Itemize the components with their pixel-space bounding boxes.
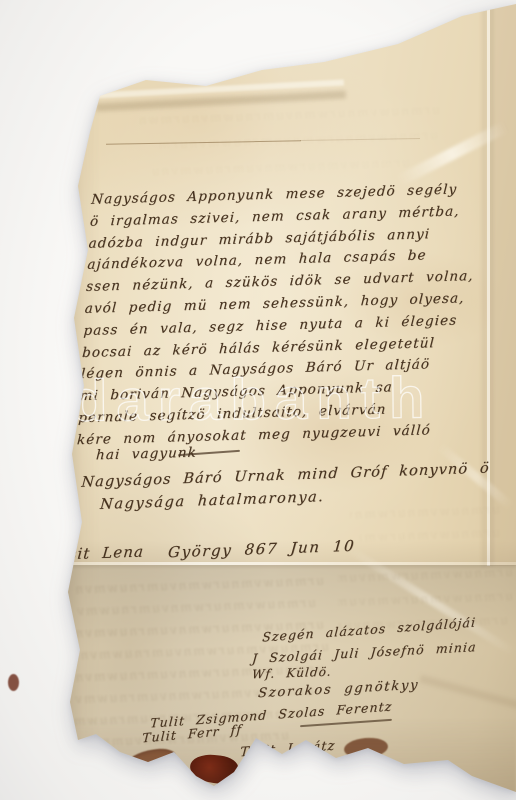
date-line-place: Csit Lena: [55, 542, 145, 563]
letter-paper: urmnuwvmnurwmnvumrnuwmvnurmwnumvrnuwmvum…: [0, 0, 516, 800]
closing-line: A Nagyságos Báró Urnak mind Gróf konyvnö…: [58, 460, 491, 491]
bottom-edge-shade: [0, 718, 516, 798]
signature-line: Tulii Hebaimmöt +: [232, 753, 389, 782]
photo-background: urmnuwvmnurwmnvumrnuwmvnurmwnumvrnuwmvum…: [0, 0, 516, 800]
watermark-text: darabanth: [72, 364, 434, 434]
closing-line: Nagysága hatalmaronya.: [100, 489, 326, 513]
signature-line: Wf. Küldö.: [251, 665, 332, 682]
show-through-line: urmnuwvmnurwmnvumrnuwmvnurmwnumvrnuwmvum…: [158, 128, 438, 152]
show-through-line: urmnuwvmnurwmnvumrnuwmvnurmwnumvrnuwmvum…: [350, 502, 500, 521]
show-through-line: urmnuwvmnurwmnvumrnuwmvnurmwnumvrnuwmvum…: [150, 155, 410, 178]
